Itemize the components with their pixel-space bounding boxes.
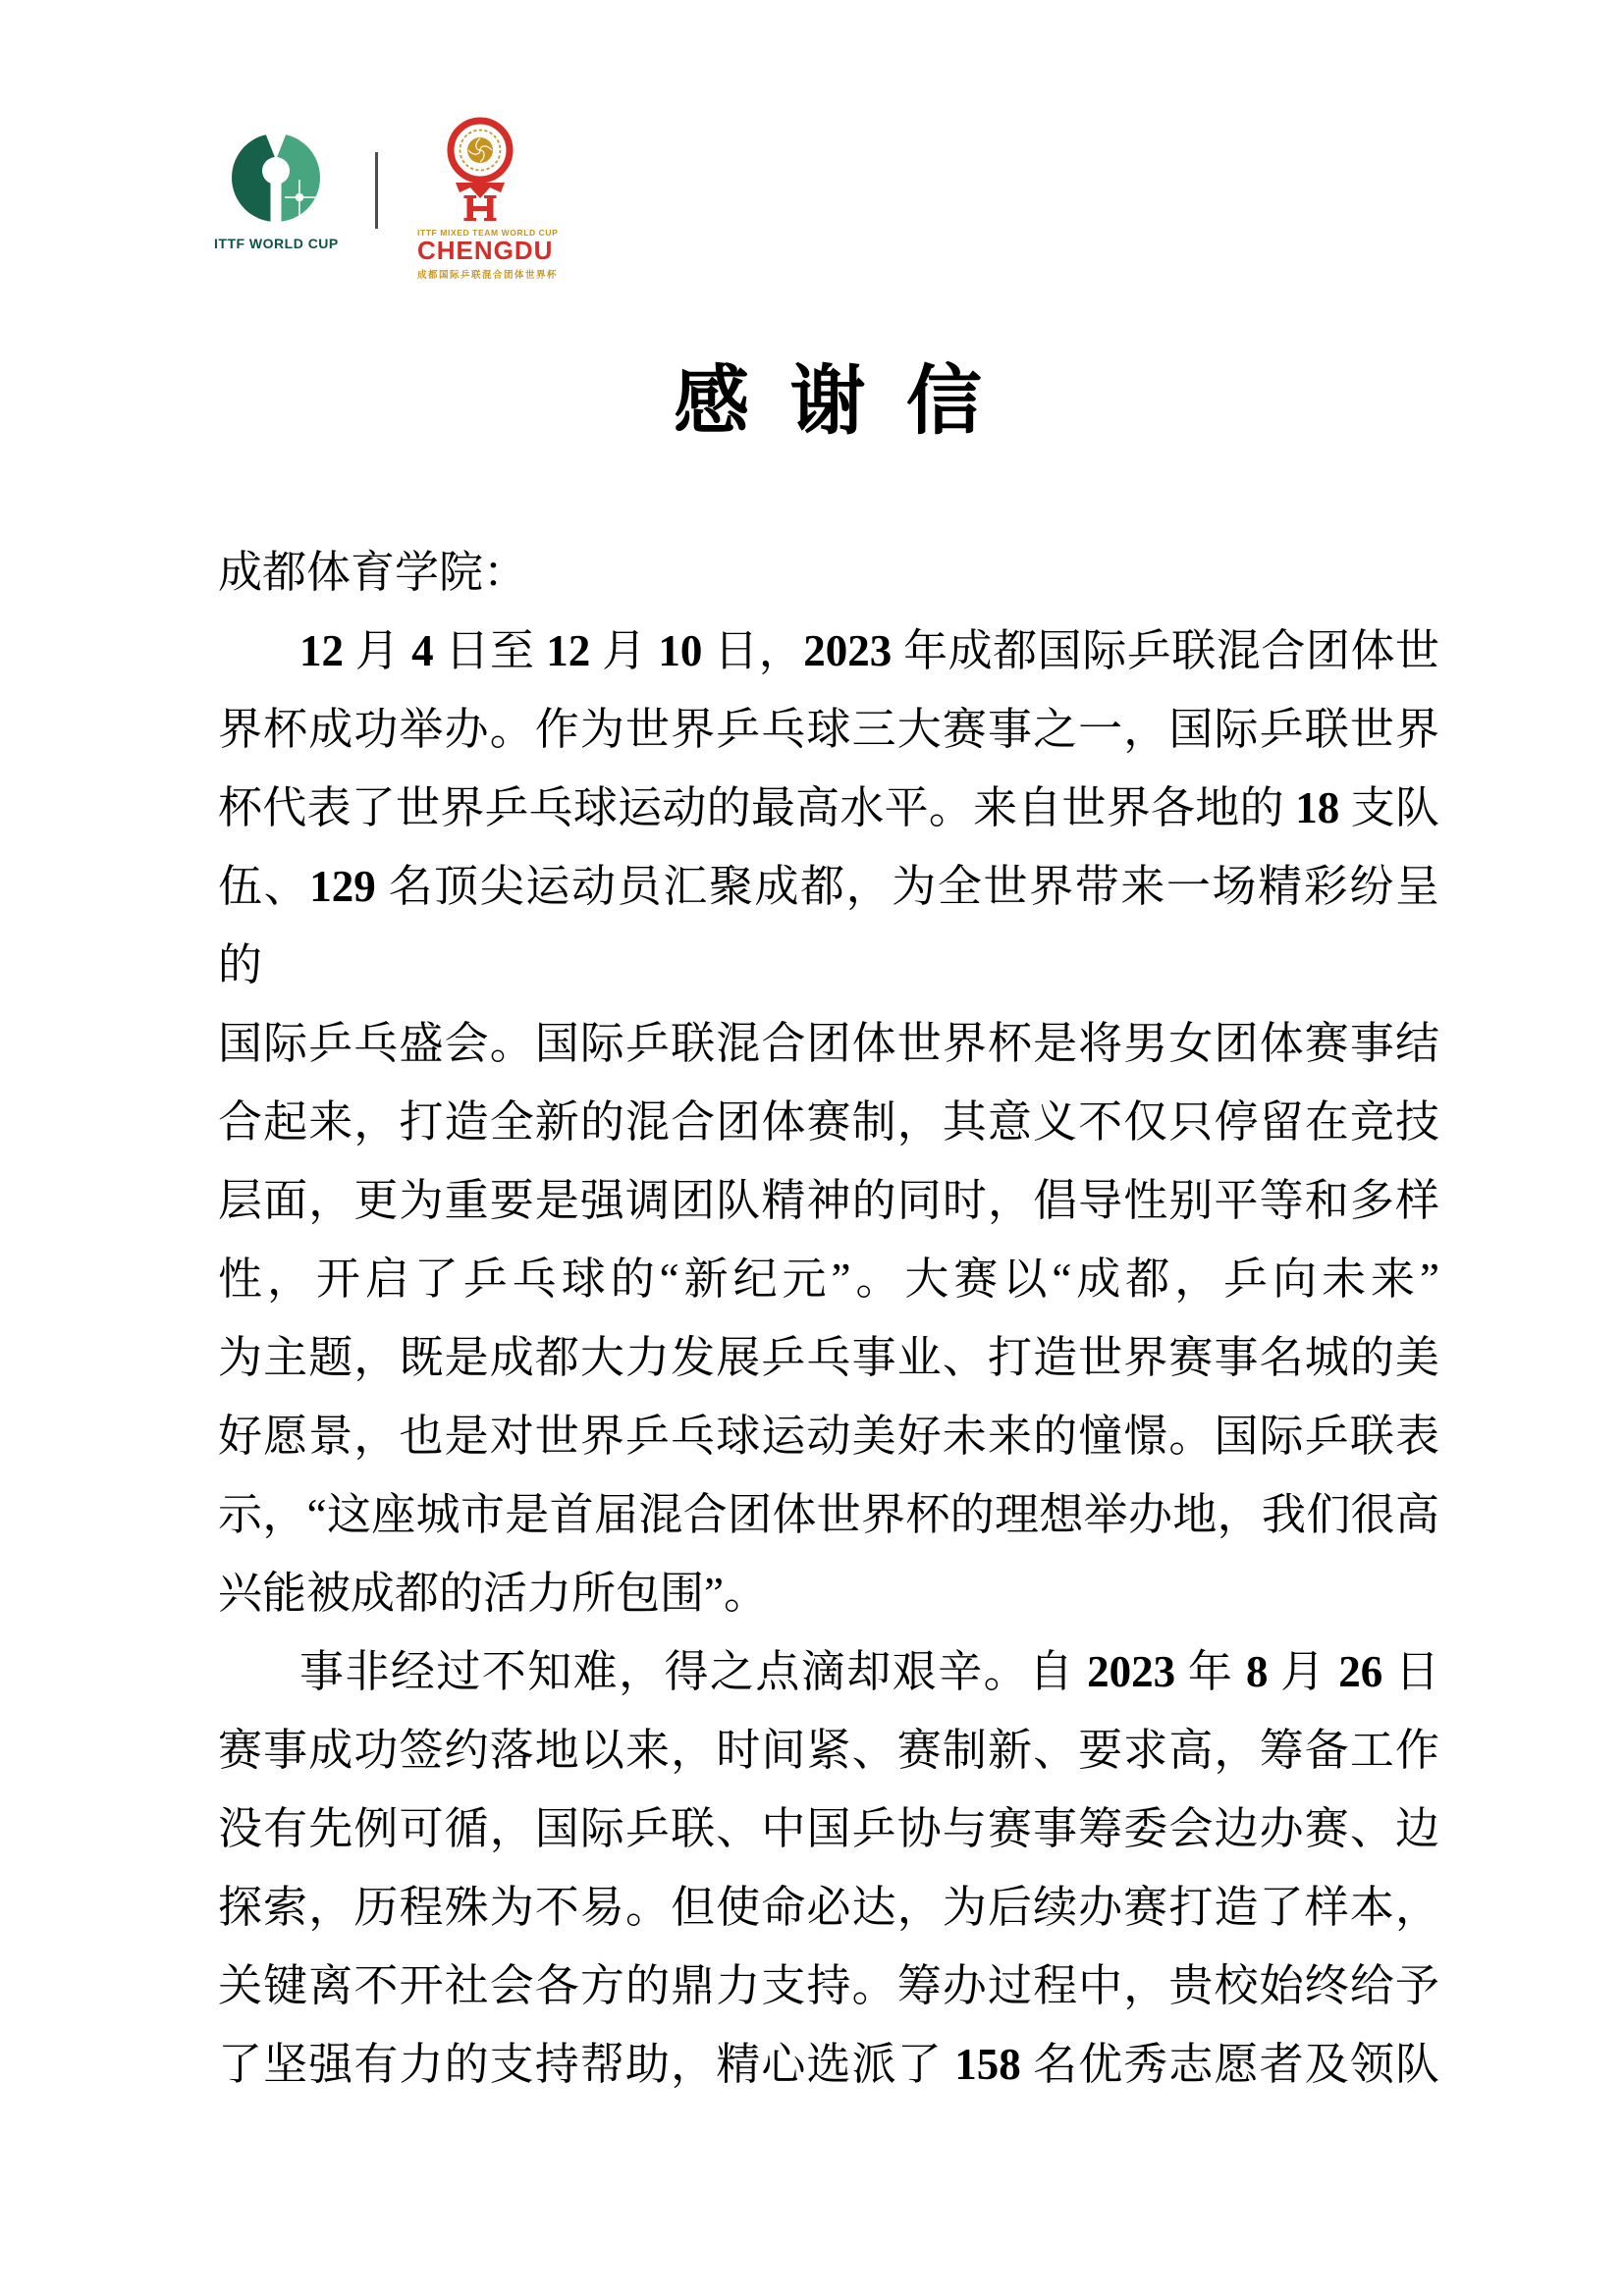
letter-line: 探索，历程殊为不易。但使命必达，为后续办赛打造了样本，	[218, 1868, 1439, 1947]
letter-body: 成都体育学院： 12 月 4 日至 12 月 10 日，2023 年成都国际乒联…	[218, 533, 1439, 2104]
salutation: 成都体育学院：	[218, 533, 1439, 612]
letter-line: 赛事成功签约落地以来，时间紧、赛制新、要求高，筹备工作	[218, 1711, 1439, 1789]
letter-line: 层面，更为重要是强调团队精神的同时，倡导性别平等和多样	[218, 1161, 1439, 1240]
letter-line: 杯代表了世界乒乓球运动的最高水平。来自世界各地的 18 支队	[218, 769, 1439, 847]
chengdu-logo-chinese-subtitle: 成都国际乒联混合团体世界杯	[417, 267, 543, 281]
letter-line: 好愿景，也是对世界乒乓球运动美好未来的憧憬。国际乒联表	[218, 1397, 1439, 1475]
letter-line: 兴能被成都的活力所包围”。	[218, 1554, 1439, 1632]
header-logos: ITTF WORLD CUP	[214, 111, 543, 281]
thank-you-letter: 感 谢 信 成都体育学院： 12 月 4 日至 12 月 10 日，2023 年…	[218, 361, 1439, 2104]
letter-line: 伍、129 名顶尖运动员汇聚成都，为全世界带来一场精彩纷呈的	[218, 847, 1439, 1004]
letter-line: 示，“这座城市是首届混合团体世界杯的理想举办地，我们很高	[218, 1475, 1439, 1554]
chengdu-logo-icon	[419, 111, 541, 221]
letter-line: 了坚强有力的支持帮助，精心选派了 158 名优秀志愿者及领队	[218, 2025, 1439, 2104]
letter-paragraphs: 12 月 4 日至 12 月 10 日，2023 年成都国际乒联混合团体世界杯成…	[218, 612, 1439, 2104]
page-title: 感 谢 信	[218, 361, 1439, 442]
letter-line: 性，开启了乒乓球的“新纪元”。大赛以“成都，乒向未来”	[218, 1240, 1439, 1318]
letter-line: 界杯成功举办。作为世界乒乓球三大赛事之一，国际乒联世界	[218, 690, 1439, 769]
letter-line: 合起来，打造全新的混合团体赛制，其意义不仅只停留在竞技	[218, 1083, 1439, 1161]
letter-line: 国际乒乓盛会。国际乒联混合团体世界杯是将男女团体赛事结	[218, 1004, 1439, 1083]
letter-line: 12 月 4 日至 12 月 10 日，2023 年成都国际乒联混合团体世	[218, 612, 1439, 690]
letter-line: 关键离不开社会各方的鼎力支持。筹办过程中，贵校始终给予	[218, 1947, 1439, 2025]
document-page: { "header": { "left_logo": { "label": "I…	[0, 0, 1624, 2296]
letter-line: 没有先例可循，国际乒联、中国乒协与赛事筹委会边办赛、边	[218, 1789, 1439, 1868]
letter-line: 为主题，既是成都大力发展乒乓事业、打造世界赛事名城的美	[218, 1318, 1439, 1397]
letter-line: 事非经过不知难，得之点滴却艰辛。自 2023 年 8 月 26 日	[218, 1632, 1439, 1711]
ittf-world-cup-logo-icon	[229, 133, 323, 228]
logo-divider	[375, 152, 378, 229]
chengdu-logo-wordmark: CHENGDU	[417, 238, 543, 264]
ittf-world-cup-wordmark: ITTF WORLD CUP	[214, 236, 338, 251]
ittf-world-cup-logo: ITTF WORLD CUP	[214, 133, 338, 251]
chengdu-mixed-team-world-cup-logo: ITTF MIXED TEAM WORLD CUP CHENGDU 成都国际乒联…	[417, 111, 543, 281]
